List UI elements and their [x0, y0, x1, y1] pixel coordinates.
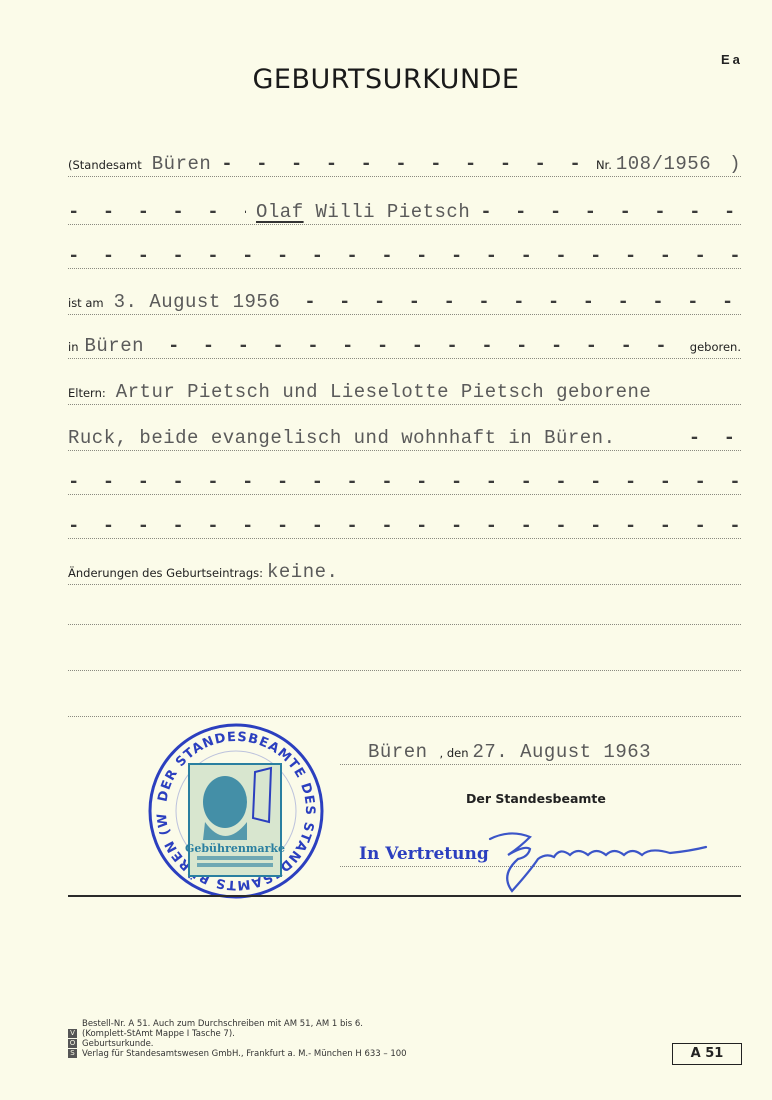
blank-dashed-line: - - - - - - - - - - - - - - - - - - - - … [68, 466, 741, 495]
parents-label: Eltern: [68, 386, 106, 404]
parents-text-2: Ruck, beide evangelisch und wohnhaft in … [68, 427, 616, 450]
issuance-date: 27. August 1963 [473, 741, 652, 764]
official-title: Der Standesbeamte [466, 791, 606, 806]
changes-line: Änderungen des Geburtseintrags: keine. [68, 556, 741, 585]
birth-date-line: ist am 3. August 1956 - - - - - - - - - … [68, 286, 741, 315]
filler-dashes: - - - - - - - - - - - [68, 201, 246, 224]
child-name: Olaf Willi Pietsch [256, 201, 470, 224]
birth-place: Büren [84, 335, 144, 358]
blank-dashed-line: - - - - - - - - - - - - - - - - - - - - … [68, 510, 741, 539]
signature [470, 825, 720, 900]
registry-line: (Standesamt Büren - - - - - - - - - - - … [68, 148, 741, 177]
nr-label: Nr. [596, 158, 612, 176]
svg-text:Gebührenmarke: Gebührenmarke [185, 842, 285, 855]
footer-line: (Komplett-StAmt Mappe I Tasche 7). [82, 1029, 407, 1039]
filler-dashes: - - - - - - - - - - - - - - - - - - - - … [221, 153, 596, 176]
close-paren: ) [729, 153, 741, 176]
blank-line [68, 716, 741, 717]
blank-dashed-line: - - - - - - - - - - - - - - - - - - - - … [68, 240, 741, 269]
official-seal: DER STANDESBEAMTE DES STANDESAMTS BÜREN … [147, 722, 325, 900]
changes-value: keine. [267, 561, 338, 584]
birth-place-label: in [68, 340, 78, 358]
blank-line [68, 624, 741, 625]
birth-date-label: ist am [68, 296, 104, 314]
publisher-logo-icon: VOS [68, 1019, 77, 1059]
changes-label: Änderungen des Geburtseintrags: [68, 566, 263, 584]
child-first-name-underline: Olaf [256, 201, 304, 223]
signature-icon [470, 825, 720, 895]
born-label: geboren. [690, 340, 741, 358]
footer-line: Verlag für Standesamtswesen GmbH., Frank… [82, 1049, 407, 1059]
seal-icon: DER STANDESBEAMTE DES STANDESAMTS BÜREN … [147, 722, 325, 900]
filler-dashes: - - - - - - - - - - - - - - - - - - - - … [304, 291, 741, 314]
filler-dashes: - - - - - - - - - - - - - - - - - - - - … [168, 335, 690, 358]
filler-dashes: - - [616, 427, 742, 450]
form-number-badge: A 51 [672, 1043, 742, 1065]
footer-text: Bestell-Nr. A 51. Auch zum Durchschreibe… [82, 1019, 407, 1059]
child-name-line: - - - - - - - - - - - Olaf Willi Pietsch… [68, 196, 741, 225]
child-name-text: Willi Pietsch [304, 201, 471, 223]
publisher-footer: VOS Bestell-Nr. A 51. Auch zum Durchschr… [68, 1019, 407, 1059]
filler-dashes: - - - - - - - - - - - - - - - - - - - - … [68, 245, 741, 268]
footer-line: Geburtsurkunde. [82, 1039, 407, 1049]
issuance-place: Büren [368, 741, 428, 764]
divider-rule [68, 895, 741, 897]
blank-line [68, 670, 741, 671]
filler-dashes: - - - - - - - - - - - - - - - - - - - - … [68, 471, 741, 494]
parents-line-2: Ruck, beide evangelisch und wohnhaft in … [68, 422, 741, 451]
office-label: (Standesamt [68, 158, 142, 176]
filler-dashes: - - - - - - - - - - - - - - - - - - - - … [68, 515, 741, 538]
parents-text-1: Artur Pietsch und Lieselotte Pietsch geb… [116, 381, 652, 404]
den-label: , den [440, 746, 469, 764]
footer-line: Bestell-Nr. A 51. Auch zum Durchschreibe… [82, 1019, 407, 1029]
document-title: GEBURTSURKUNDE [0, 64, 772, 95]
birth-date: 3. August 1956 [114, 291, 281, 314]
parents-line-1: Eltern: Artur Pietsch und Lieselotte Pie… [68, 376, 741, 405]
filler-dashes: - - - - - - - - - - - - - - - [480, 201, 741, 224]
issuance-date-line: Büren , den 27. August 1963 [340, 736, 741, 765]
registry-number: 108/1956 [616, 153, 711, 176]
birth-place-line: in Büren - - - - - - - - - - - - - - - -… [68, 330, 741, 359]
office-value: Büren [152, 153, 212, 176]
